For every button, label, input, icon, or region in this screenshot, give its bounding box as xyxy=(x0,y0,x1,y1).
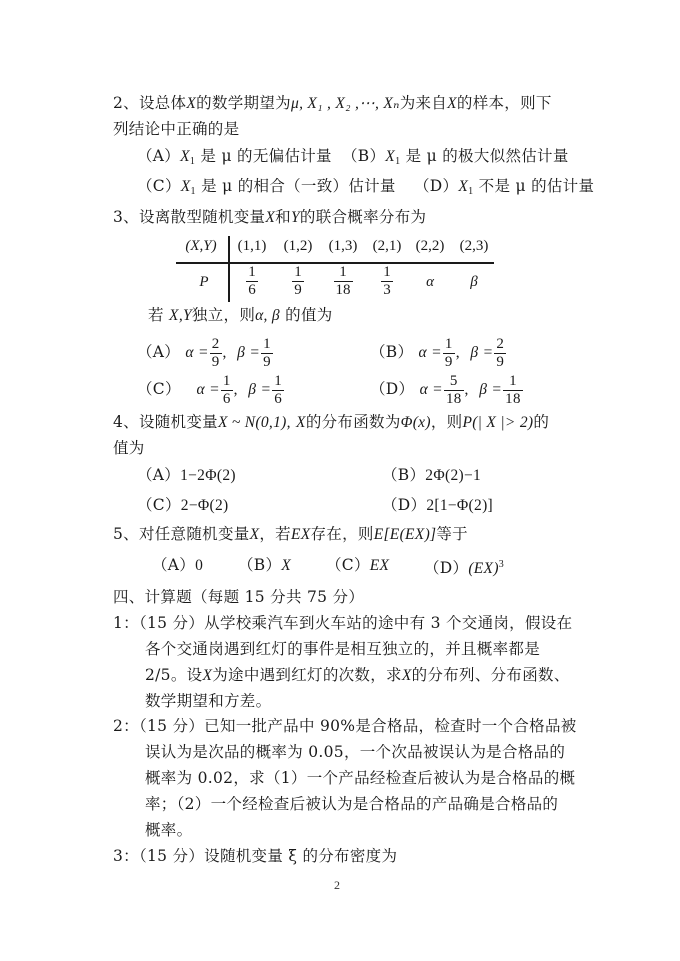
table-header-label: (X,Y) xyxy=(176,238,226,255)
page-number: 2 xyxy=(334,878,340,893)
q4-option-b: （B）2Φ(2)−1 xyxy=(382,465,481,486)
calc2-line5: 概率。 xyxy=(145,820,192,840)
option-label: （B） xyxy=(342,147,385,165)
q4-stem-line2: 值为 xyxy=(113,438,145,458)
option-label: （B） xyxy=(370,343,413,361)
calc2-line1: 2：（15 分）已知一批产品中 90%是合格品，检查时一个合格品被 xyxy=(113,716,577,736)
q4-distribution: X ~ N(0,1), xyxy=(218,414,291,431)
table-value: 118 xyxy=(321,264,365,299)
q4-option-c: （C）2−Φ(2) xyxy=(137,495,228,516)
option-text: X xyxy=(281,557,291,574)
table-col-header: (2,1) xyxy=(365,238,409,255)
option-label: （C） xyxy=(137,380,181,398)
q3-condition: 若 X,Y独立，则α, β 的值为 xyxy=(148,305,333,326)
q4-text: 4、设随机变量 xyxy=(113,413,218,431)
option-text: 2[1−Φ(2)] xyxy=(426,497,493,514)
table-col-header: (1,2) xyxy=(276,238,320,255)
q5-option-d: （D）(EX)3 xyxy=(424,555,504,579)
q2-stem-line1: 2、设总体X的数学期望为μ, X₁ , X₂ ,⋯, Xₙ为来自X的样本，则下 xyxy=(113,93,552,114)
q5-option-a: （A）0 xyxy=(152,555,203,576)
q3-option-c: （C） α =16, β =16 xyxy=(137,371,285,408)
q3-option-a: （A） α =29, β =19 xyxy=(137,334,274,371)
option-text: 2Φ(2)−1 xyxy=(425,467,481,484)
option-label: （C） xyxy=(137,496,181,514)
calc1-line3: 2/5。设X为途中遇到红灯的次数，求X的分布列、分布函数、 xyxy=(145,665,570,686)
q2-option-a: （A）X1 是 μ 的无偏估计量 xyxy=(137,146,332,172)
q5-text: 5、对任意随机变量 xyxy=(113,525,250,543)
option-text: 不是 μ 的估计量 xyxy=(479,177,595,195)
calc1-text: 2/5。设 xyxy=(145,666,202,684)
option-label: （A） xyxy=(137,466,180,484)
table-value-beta: β xyxy=(452,274,496,291)
q3-option-b: （B） α =19, β =29 xyxy=(370,334,507,371)
table-row-label: P xyxy=(184,274,224,291)
table-probability-row: P 16 19 118 13 α β xyxy=(176,262,494,306)
option-label: （A） xyxy=(137,147,180,165)
q3-stem: 3、设离散型随机变量X和Y的联合概率分布为 xyxy=(113,207,426,228)
q5-var-x: X xyxy=(250,526,260,543)
q2-text: 的数学期望为 xyxy=(196,94,291,112)
q3-text: 独立，则 xyxy=(192,306,255,324)
q4-probability: P(| X |> 2) xyxy=(462,414,533,431)
q2-text: 2、设总体 xyxy=(113,94,186,112)
option-label: （D） xyxy=(414,177,458,195)
q2-var-x: X xyxy=(447,95,457,112)
q3-text: 的联合概率分布为 xyxy=(300,208,426,226)
q4-phi: Φ(x) xyxy=(401,414,431,431)
q5-expression: E[E(EX)] xyxy=(374,526,437,543)
q3-text: 若 xyxy=(148,306,164,324)
q3-text: 的值为 xyxy=(285,306,332,324)
calc1-text: 为途中遇到红灯的次数，求 xyxy=(212,666,402,684)
table-value: 19 xyxy=(276,264,320,299)
option-label: （D） xyxy=(382,496,426,514)
q4-text: 的分布函数为 xyxy=(306,413,401,431)
q3-greek: α, β xyxy=(255,307,280,324)
table-value-alpha: α xyxy=(408,274,452,291)
option-text: 2−Φ(2) xyxy=(181,497,229,514)
exam-page: 2、设总体X的数学期望为μ, X₁ , X₂ ,⋯, Xₙ为来自X的样本，则下 … xyxy=(0,0,680,961)
q2-option-b: （B）X1 是 μ 的极大似然估计量 xyxy=(342,146,569,172)
q3-var-x: X xyxy=(265,209,275,226)
calc1-line4: 数学期望和方差。 xyxy=(145,691,271,711)
table-col-header: (1,3) xyxy=(321,238,365,255)
option-superscript: 3 xyxy=(499,559,504,570)
option-text: 0 xyxy=(195,557,203,574)
option-text: (EX) xyxy=(468,560,498,577)
calc1-text: 的分布列、分布函数、 xyxy=(412,666,570,684)
calc2-line3: 概率为 0.02，求（1）一个产品经检查后被认为是合格品的概 xyxy=(145,768,575,788)
q2-option-c: （C）X1 是 μ 的相合（一致）估计量 xyxy=(137,176,396,202)
q4-var-x: X xyxy=(296,414,306,431)
q4-text: ，则 xyxy=(431,413,463,431)
q5-ex: EX xyxy=(291,526,311,543)
table-col-header: (2,3) xyxy=(452,238,496,255)
option-label: （A） xyxy=(152,556,195,574)
section-heading: 四、计算题（每题 15 分共 75 分） xyxy=(113,587,364,607)
table-value: 16 xyxy=(232,264,272,299)
q2-mu: μ xyxy=(291,95,299,112)
calc1-line1: 1：（15 分）从学校乘汽车到火车站的途中有 3 个交通岗，假设在 xyxy=(113,613,572,633)
table-col-header: (1,1) xyxy=(232,238,272,255)
calc1-line2: 各个交通岗遇到红灯的事件是相互独立的，并且概率都是 xyxy=(145,639,540,659)
q4-option-d: （D）2[1−Φ(2)] xyxy=(382,495,493,516)
q3-text: 和 xyxy=(275,208,291,226)
q4-text: 的 xyxy=(533,413,549,431)
option-label: （B） xyxy=(382,466,425,484)
q3-var-y: Y xyxy=(291,209,300,226)
q5-option-c: （C）EX xyxy=(326,555,389,576)
option-text: EX xyxy=(370,557,390,574)
q3-option-d: （D） α =518, β =118 xyxy=(370,371,524,408)
calc1-var-x: X xyxy=(402,667,412,684)
option-label: （B） xyxy=(238,556,281,574)
calc1-var-x: X xyxy=(202,667,212,684)
x1-var: X1 xyxy=(181,178,196,195)
q5-stem: 5、对任意随机变量X，若EX存在，则E[E(EX)]等于 xyxy=(113,524,468,545)
option-label: （D） xyxy=(370,380,414,398)
q2-option-d: （D）X1 不是 μ 的估计量 xyxy=(414,176,594,202)
option-text: 1−2Φ(2) xyxy=(180,467,236,484)
calc2-line4: 率；（2）一个经检查后被认为是合格品的产品确是合格品的 xyxy=(145,794,558,814)
q2-stem-line2: 列结论中正确的是 xyxy=(113,119,239,139)
table-header-row: (X,Y) (1,1) (1,2) (1,3) (2,1) (2,2) (2,3… xyxy=(176,234,494,262)
option-text: 是 μ 的极大似然估计量 xyxy=(406,147,569,165)
q2-var-x: X xyxy=(186,95,196,112)
q3-vars: X,Y xyxy=(169,307,192,324)
option-label: （C） xyxy=(137,177,181,195)
option-text: 是 μ 的无偏估计量 xyxy=(200,147,331,165)
q2-text: 为来自 xyxy=(400,94,447,112)
q5-text: 存在，则 xyxy=(311,525,374,543)
x1-var: X1 xyxy=(180,148,195,165)
q4-option-a: （A）1−2Φ(2) xyxy=(137,465,236,486)
q5-text: ，若 xyxy=(259,525,291,543)
table-col-header: (2,2) xyxy=(408,238,452,255)
q5-option-b: （B）X xyxy=(238,555,291,576)
q2-text: 的样本，则下 xyxy=(457,94,552,112)
option-label: （C） xyxy=(326,556,370,574)
option-text: 是 μ 的相合（一致）估计量 xyxy=(201,177,396,195)
x1-var: X1 xyxy=(385,148,400,165)
option-label: （A） xyxy=(137,343,180,361)
table-value: 13 xyxy=(365,264,409,299)
x1-var: X1 xyxy=(458,178,473,195)
q2-samples: , X₁ , X₂ ,⋯, Xₙ xyxy=(299,95,400,112)
q5-text: 等于 xyxy=(436,525,468,543)
calc3-line1: 3：（15 分）设随机变量 ξ 的分布密度为 xyxy=(113,846,397,866)
calc2-line2: 误认为是次品的概率为 0.05，一个次品被误认为是合格品的 xyxy=(145,742,565,762)
q3-text: 3、设离散型随机变量 xyxy=(113,208,265,226)
q4-stem-line1: 4、设随机变量X ~ N(0,1), X的分布函数为Φ(x)，则P(| X |>… xyxy=(113,412,549,433)
option-label: （D） xyxy=(424,559,468,577)
joint-distribution-table: (X,Y) (1,1) (1,2) (1,3) (2,1) (2,2) (2,3… xyxy=(176,234,494,306)
